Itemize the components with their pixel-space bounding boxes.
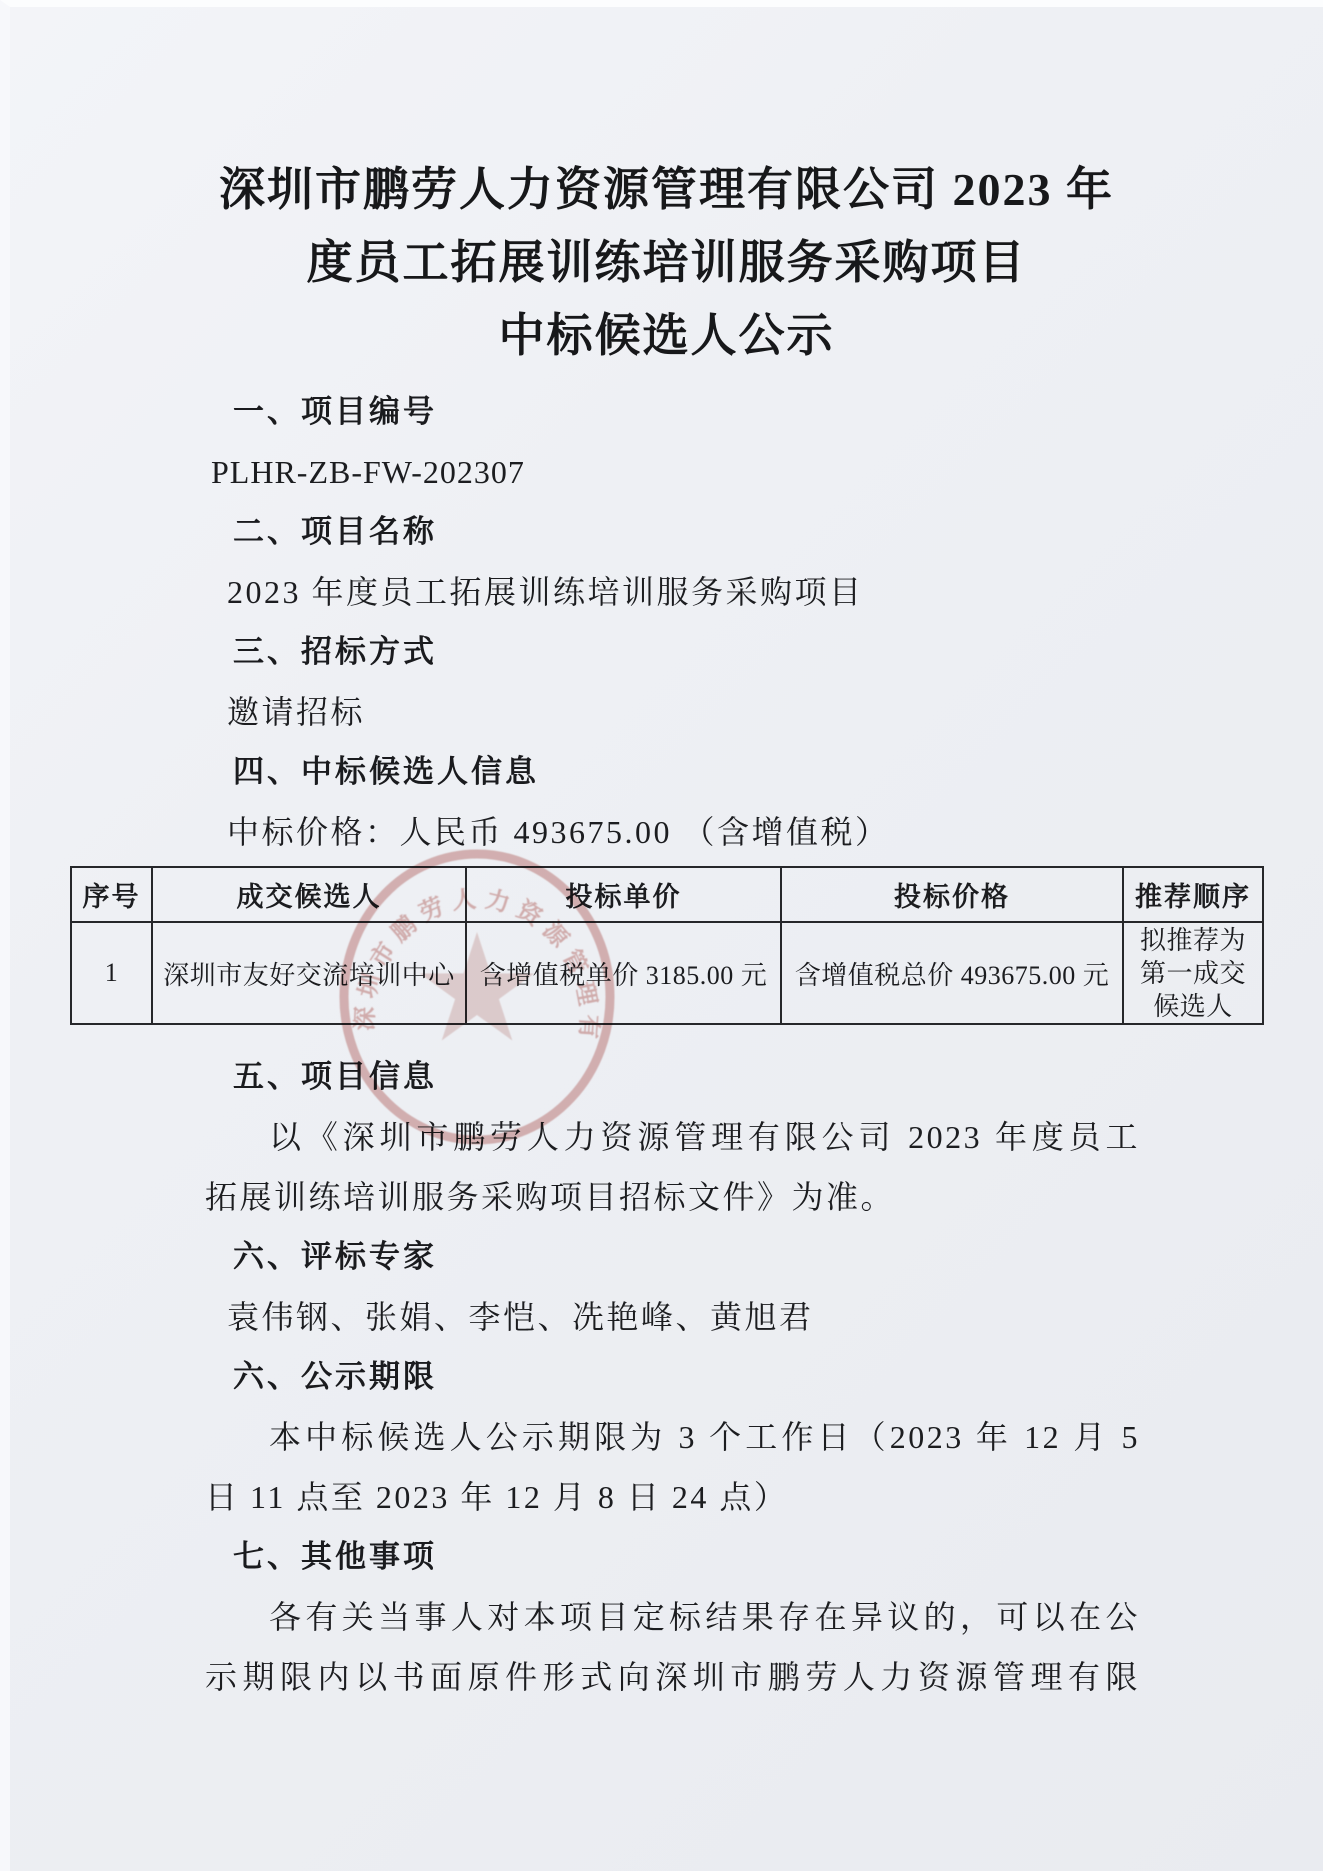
project-number-value: PLHR-ZB-FW-202307 <box>211 442 1140 502</box>
section-heading-project-number: 一、项目编号 <box>233 382 1140 442</box>
other-matters-line-2: 示期限内以书面原件形式向深圳市鹏劳人力资源管理有限 <box>205 1647 1140 1707</box>
col-header-serial-no: 序号 <box>71 867 152 922</box>
other-matters-line-1: 各有关当事人对本项目定标结果存在异议的，可以在公 <box>205 1587 1140 1647</box>
title-line-3: 中标候选人公示 <box>167 299 1167 372</box>
cell-rank: 拟推荐为第一成交候选人 <box>1123 922 1263 1024</box>
col-header-unit-price: 投标单价 <box>466 867 781 922</box>
winning-candidate-table: 序号 成交候选人 投标单价 投标价格 推荐顺序 1 深圳市友好交流培训中心 含增… <box>70 866 1264 1025</box>
title-line-2: 度员工拓展训练培训服务采购项目 <box>167 226 1167 299</box>
scanned-document-page: 深圳市鹏劳人力资源管理有限公司 2023 年 度员工拓展训练培训服务采购项目 中… <box>0 0 1323 1871</box>
col-header-candidate: 成交候选人 <box>152 867 466 922</box>
cell-total-price: 含增值税总价 493675.00 元 <box>781 922 1123 1024</box>
section-heading-bidding-method: 三、招标方式 <box>233 622 1140 682</box>
col-header-rank: 推荐顺序 <box>1123 867 1263 922</box>
publicity-period-line-2: 日 11 点至 2023 年 12 月 8 日 24 点） <box>205 1467 1140 1527</box>
project-name-value: 2023 年度员工拓展训练培训服务采购项目 <box>227 562 1140 622</box>
section-heading-project-info: 五、项目信息 <box>233 1047 1140 1107</box>
section-heading-winning-candidate-info: 四、中标候选人信息 <box>233 742 1140 802</box>
evaluation-experts-value: 袁伟钢、张娟、李恺、冼艳峰、黄旭君 <box>227 1287 1140 1347</box>
cell-unit-price: 含增值税单价 3185.00 元 <box>466 922 781 1024</box>
title-line-1: 深圳市鹏劳人力资源管理有限公司 2023 年 <box>167 153 1167 226</box>
table-row: 1 深圳市友好交流培训中心 含增值税单价 3185.00 元 含增值税总价 49… <box>71 922 1263 1024</box>
section-heading-publicity-period: 六、公示期限 <box>233 1347 1140 1407</box>
bidding-method-value: 邀请招标 <box>227 682 1140 742</box>
document-title: 深圳市鹏劳人力资源管理有限公司 2023 年 度员工拓展训练培训服务采购项目 中… <box>167 153 1167 372</box>
publicity-period-line-1: 本中标候选人公示期限为 3 个工作日（2023 年 12 月 5 <box>205 1407 1140 1467</box>
project-info-line-1: 以《深圳市鹏劳人力资源管理有限公司 2023 年度员工 <box>205 1107 1140 1167</box>
table-header-row: 序号 成交候选人 投标单价 投标价格 推荐顺序 <box>71 867 1263 922</box>
cell-serial-no: 1 <box>71 922 152 1024</box>
col-header-total-price: 投标价格 <box>781 867 1123 922</box>
document-body: 一、项目编号 PLHR-ZB-FW-202307 二、项目名称 2023 年度员… <box>205 382 1140 1707</box>
winning-price-value: 中标价格：人民币 493675.00 （含增值税） <box>227 802 1140 862</box>
section-heading-project-name: 二、项目名称 <box>233 502 1140 562</box>
section-heading-other-matters: 七、其他事项 <box>233 1527 1140 1587</box>
cell-candidate: 深圳市友好交流培训中心 <box>152 922 466 1024</box>
project-info-line-2: 拓展训练培训服务采购项目招标文件》为准。 <box>205 1167 1140 1227</box>
section-heading-evaluation-experts: 六、评标专家 <box>233 1227 1140 1287</box>
